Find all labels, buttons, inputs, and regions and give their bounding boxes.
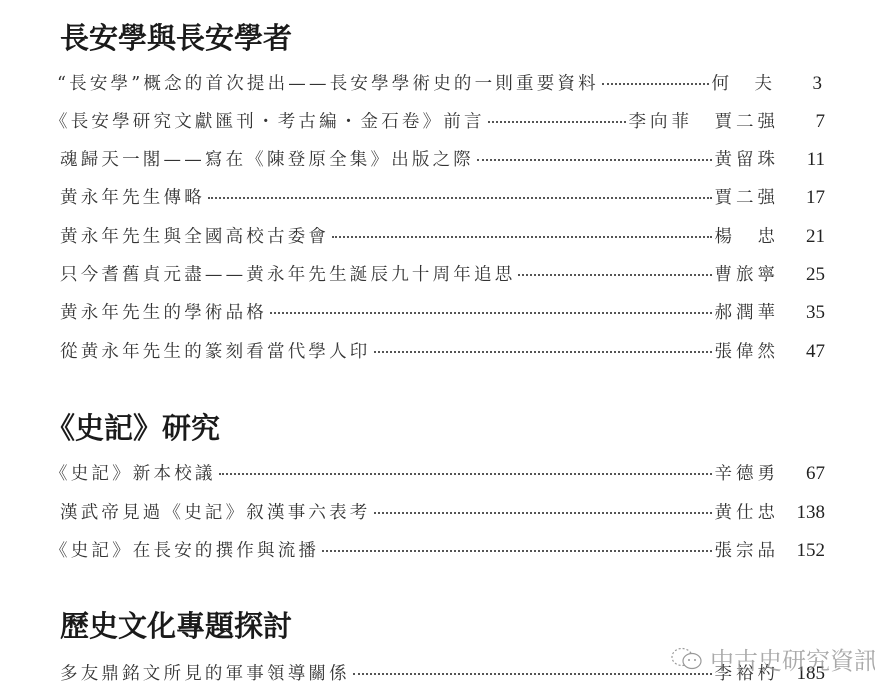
entry-title: 《長安學研究文獻匯刊・考古編・金石卷》前言: [50, 108, 485, 133]
entry-page-number: 11: [779, 149, 825, 171]
section-title: 《史記》研究: [46, 406, 220, 447]
entry-page-number: 138: [779, 502, 825, 524]
entry-page-number: 67: [779, 463, 825, 485]
dot-leader: [477, 158, 712, 161]
entry-author: 辛德勇: [715, 460, 780, 485]
toc-entry: 黄永年先生的學術品格 郝潤華 35: [60, 299, 825, 325]
entry-page-number: 25: [779, 264, 825, 286]
toc-entry: “長安學”概念的首次提出——長安學學術史的一則重要資料 何 夫 3: [57, 70, 822, 96]
entry-author: 黄留珠: [715, 146, 780, 171]
entry-title: 只今耆舊貞元盡——黄永年先生誕辰九十周年追思: [60, 261, 515, 286]
toc-entry: 只今耆舊貞元盡——黄永年先生誕辰九十周年追思 曹旅寧 25: [60, 261, 825, 287]
section-title: 歷史文化專題探討: [60, 604, 292, 645]
dot-leader: [374, 350, 712, 353]
entry-page-number: 7: [779, 111, 825, 133]
dot-leader: [219, 472, 712, 475]
toc-entry: 黄永年先生與全國高校古委會 楊 忠 21: [60, 223, 825, 249]
toc-entry: 黄永年先生傳略 賈二强 17: [60, 184, 825, 210]
entry-author: 黄仕忠: [715, 499, 780, 524]
dot-leader: [270, 311, 712, 314]
dot-leader: [374, 511, 712, 514]
entry-author: 何 夫: [712, 70, 777, 95]
toc-entry: 從黄永年先生的篆刻看當代學人印 張偉然 47: [60, 338, 825, 364]
entry-page-number: 185: [779, 663, 825, 685]
toc-entry: 多友鼎銘文所見的軍事領導關係 李裕杓 185: [60, 660, 825, 686]
dot-leader: [602, 82, 709, 85]
entry-title: 《史記》在長安的撰作與流播: [50, 537, 319, 562]
table-of-contents-page: 長安學與長安學者 “長安學”概念的首次提出——長安學學術史的一則重要資料 何 夫…: [0, 0, 875, 698]
entry-title: 魂歸天一閣——寫在《陳登原全集》出版之際: [60, 146, 474, 171]
entry-title: 漢武帝見過《史記》叙漢事六表考: [60, 499, 371, 524]
section-title: 長安學與長安學者: [60, 16, 292, 57]
entry-title: “長安學”概念的首次提出——長安學學術史的一則重要資料: [57, 70, 599, 95]
entry-title: 黄永年先生與全國高校古委會: [60, 223, 329, 248]
entry-author: 李向菲 賈二强: [629, 108, 780, 133]
toc-entry: 《史記》新本校議 辛德勇 67: [50, 460, 825, 486]
entry-author: 楊 忠: [715, 223, 780, 248]
entry-title: 黄永年先生的學術品格: [60, 299, 267, 324]
toc-entry: 《史記》在長安的撰作與流播 張宗品 152: [50, 537, 825, 563]
toc-entry: 魂歸天一閣——寫在《陳登原全集》出版之際 黄留珠 11: [60, 146, 825, 172]
dot-leader: [353, 672, 712, 675]
entry-page-number: 47: [779, 341, 825, 363]
dot-leader: [488, 120, 626, 123]
dot-leader: [322, 549, 711, 552]
entry-page-number: 17: [779, 187, 825, 209]
entry-author: 賈二强: [715, 184, 780, 209]
entry-author: 李裕杓: [715, 660, 780, 685]
entry-page-number: 152: [779, 540, 825, 562]
dot-leader: [208, 196, 712, 199]
entry-page-number: 35: [779, 302, 825, 324]
entry-author: 張宗品: [715, 537, 780, 562]
entry-page-number: 3: [776, 73, 822, 95]
entry-page-number: 21: [779, 226, 825, 248]
toc-entry: 漢武帝見過《史記》叙漢事六表考 黄仕忠 138: [60, 499, 825, 525]
entry-author: 曹旅寧: [715, 261, 780, 286]
entry-author: 郝潤華: [715, 299, 780, 324]
entry-title: 從黄永年先生的篆刻看當代學人印: [60, 338, 371, 363]
entry-title: 多友鼎銘文所見的軍事領導關係: [60, 660, 350, 685]
entry-title: 《史記》新本校議: [50, 460, 216, 485]
dot-leader: [518, 273, 711, 276]
entry-author: 張偉然: [715, 338, 780, 363]
dot-leader: [332, 235, 711, 238]
toc-entry: 《長安學研究文獻匯刊・考古編・金石卷》前言 李向菲 賈二强 7: [50, 108, 825, 134]
entry-title: 黄永年先生傳略: [60, 184, 205, 209]
